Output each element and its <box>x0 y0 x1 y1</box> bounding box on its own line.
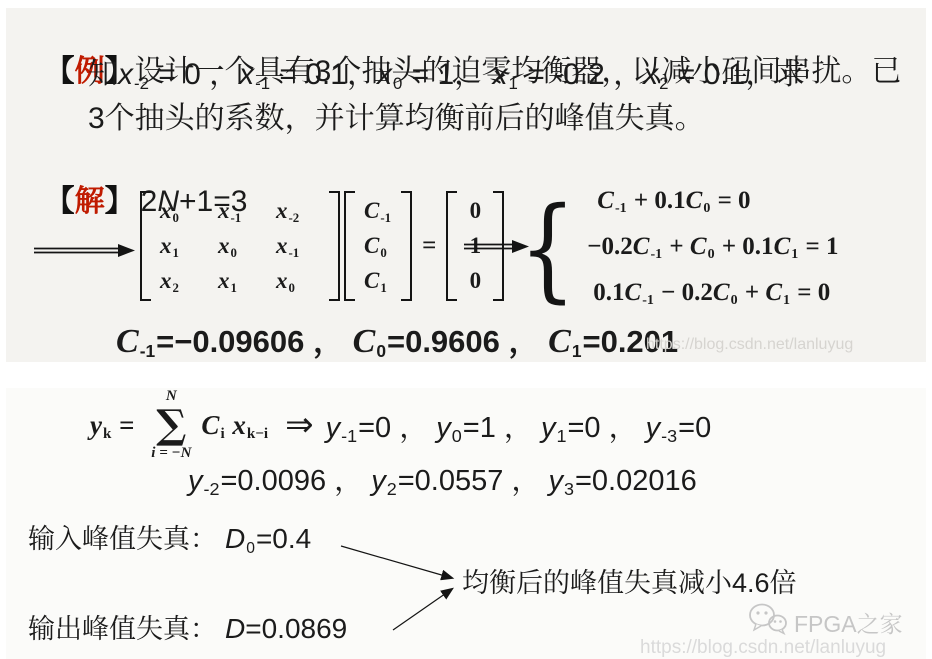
output-distortion-value: D=0.0869 <box>225 613 347 645</box>
output-distortion-line: 输出峰值失真： D=0.0869 <box>28 607 347 646</box>
matrix-bracket-left <box>140 191 151 301</box>
x-matrix-cells: x0x-1x-2x1x0x-1x2x1x0 <box>158 191 322 301</box>
matrix-equation: x0x-1x-2x1x0x-1x2x1x0 C-1C0C1 = 010 <box>140 186 504 306</box>
double-arrow-icon <box>34 242 136 259</box>
solution-tag: 解 <box>75 185 105 218</box>
y-results-line-2: y-2=0.0096 ， y2=0.0557 ， y3=0.02016 <box>188 458 697 499</box>
c-results-line: C-1=−0.09606 ， C0=0.9606 ， C1=0.201 <box>116 316 678 361</box>
convergence-arrows-icon <box>335 538 463 638</box>
input-distortion-line: 输入峰值失真： D0=0.4 <box>28 517 311 556</box>
sigma-notation: N ∑ i = −N <box>151 389 191 461</box>
input-distortion-value: D0=0.4 <box>225 523 311 555</box>
curly-brace: { <box>519 193 576 305</box>
vector-bracket-left <box>344 191 355 301</box>
x-matrix: x0x-1x-2x1x0x-1x2x1x0 <box>140 191 340 301</box>
sum-formula-row: yk = N ∑ i = −N Ci xk−i ⇒ y-1=0 ， y0=1 ，… <box>90 391 711 459</box>
c-vector: C-1C0C1 <box>344 191 412 301</box>
equation-1: C-1 + 0.1C0 = 0 <box>587 180 838 226</box>
bracket-open: 【 <box>45 185 75 218</box>
conclusion-text: 均衡后的峰值失真减小4.6倍 <box>462 561 797 600</box>
sigma-lower-limit: i = −N <box>151 446 191 461</box>
example-line-3: 3个抽头的系数，并计算均衡前后的峰值失真。 <box>88 99 705 139</box>
slide-page: { "colors": {"red": "#c01b00", "ink": "#… <box>0 0 932 659</box>
watermark-url: https://blog.csdn.net/lanluyug <box>646 336 853 354</box>
wechat-icon <box>748 602 788 642</box>
implies-arrow-icon: ⇒ <box>285 405 314 445</box>
equation-2: −0.2C-1 + C0 + 0.1C1 = 1 <box>587 226 838 272</box>
matrix-bracket-right <box>329 191 340 301</box>
output-distortion-label: 输出峰值失真： <box>28 607 217 646</box>
c-vector-cells: C-1C0C1 <box>362 191 394 301</box>
vector-bracket-right <box>401 191 412 301</box>
bracket-close: 】 <box>105 185 135 218</box>
result-bracket-left <box>446 191 457 301</box>
brand-watermark: FPGA之家 <box>748 602 903 642</box>
y-results-line-1: y-1=0 ， y0=1 ， y1=0 ， y-3=0 <box>326 405 712 446</box>
equals-sign: = <box>422 232 436 260</box>
input-distortion-label: 输入峰值失真： <box>28 517 217 556</box>
sigma-icon: ∑ <box>156 404 186 446</box>
equation-3: 0.1C-1 − 0.2C0 + C1 = 0 <box>587 272 838 318</box>
brand-text: FPGA之家 <box>794 606 903 639</box>
equation-system: { C-1 + 0.1C0 = 0 −0.2C-1 + C0 + 0.1C1 =… <box>512 180 839 318</box>
watermark-url-bottom: https://blog.csdn.net/lanluyug <box>640 637 886 659</box>
sum-body: Ci xk−i <box>201 410 269 441</box>
bracket-open: 【 <box>45 55 75 88</box>
sum-lhs: yk = <box>90 410 141 441</box>
example-line-2: 知x-2 = 0 ，x-1 = 0.1，x0 = 1， x1 = -0.2 ，x… <box>88 55 805 99</box>
